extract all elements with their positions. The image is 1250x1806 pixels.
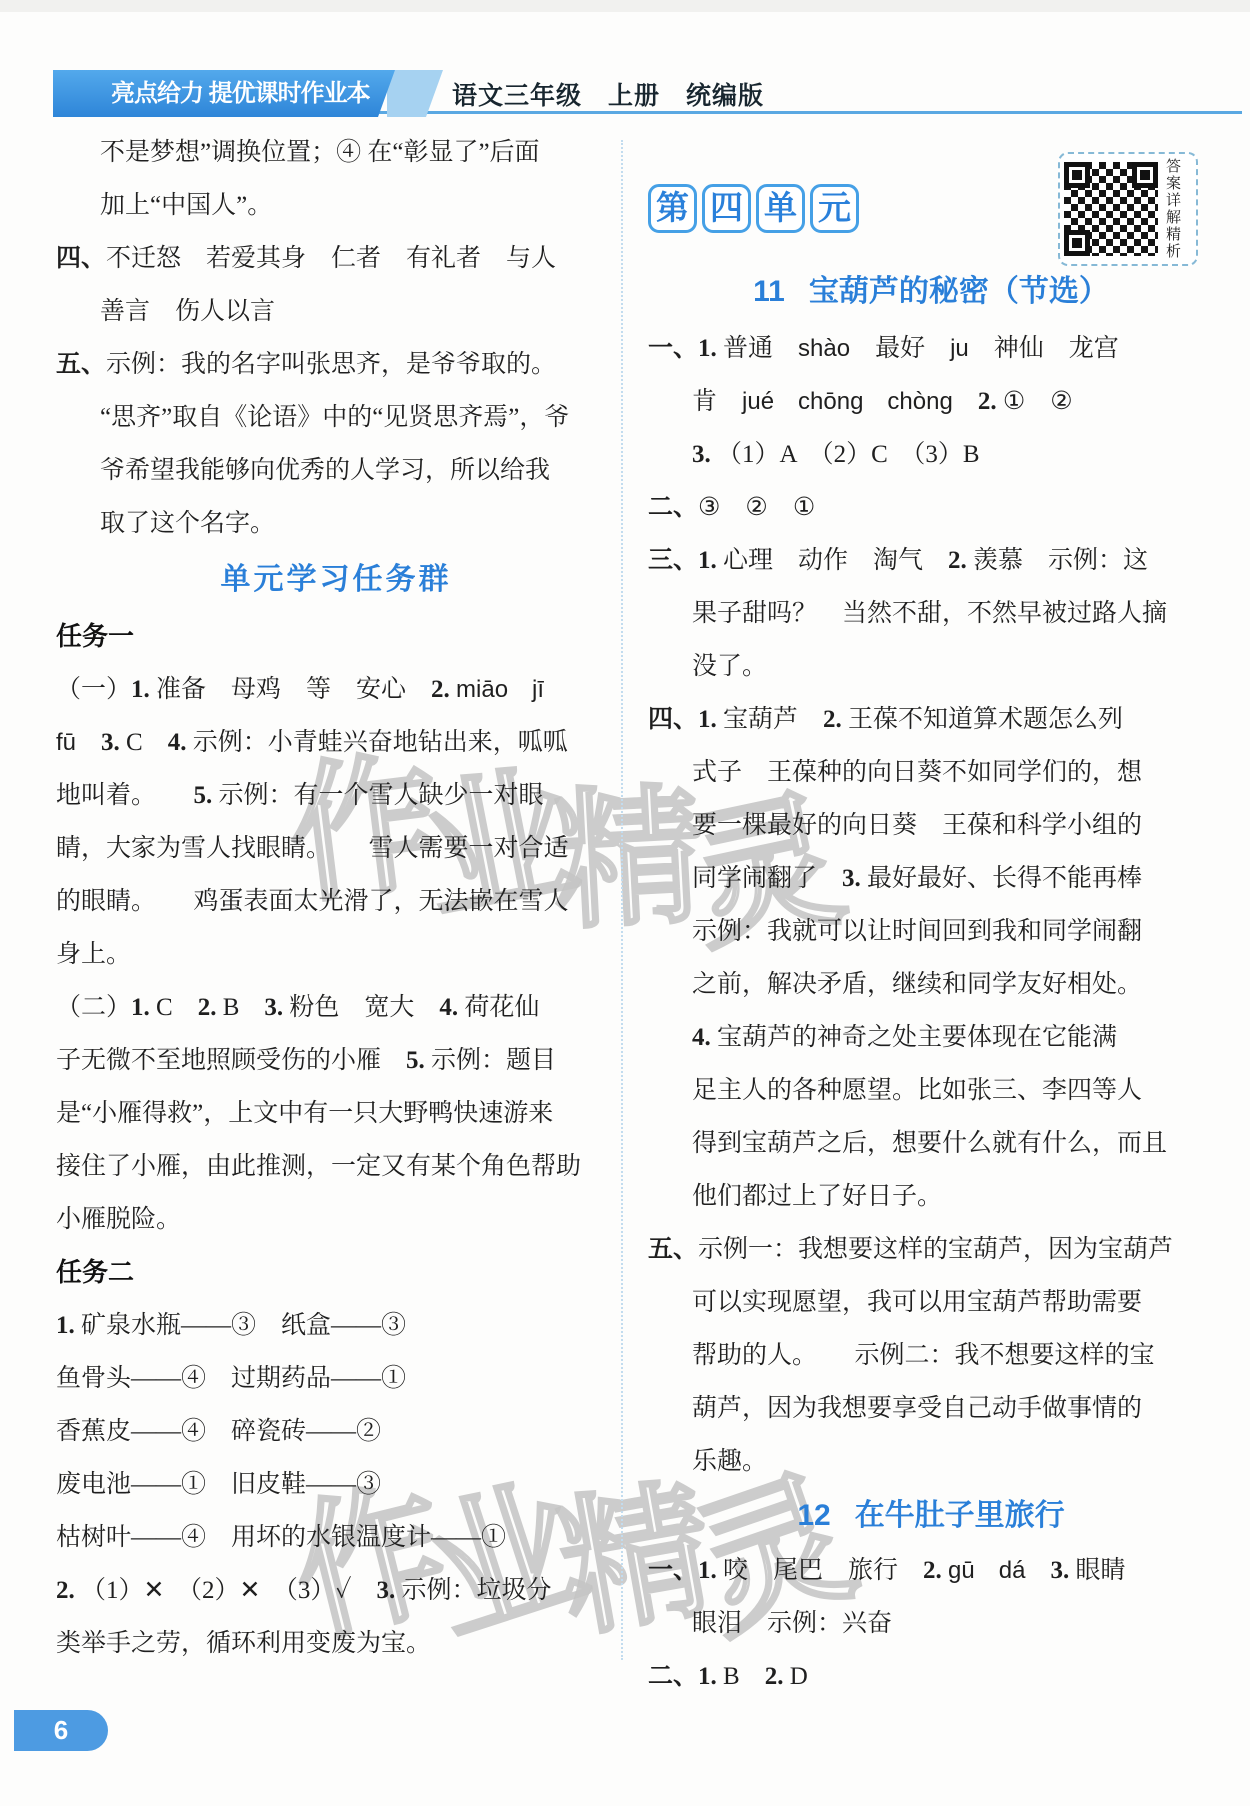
unit-header-char: 单	[756, 184, 805, 233]
text-seg	[76, 729, 101, 756]
text-seg: 要一棵最好的向日葵 王葆和科学小组的	[692, 812, 1142, 839]
text-line: 类举手之劳，循环利用变废为宝。	[56, 1617, 616, 1670]
qr-caption: 答案详解精析	[1165, 158, 1180, 260]
text-line: 3. （1）A （2）C （3）B	[648, 428, 1214, 481]
banner-title: 亮点给力 提优课时作业本	[53, 70, 395, 117]
text-line: 四、1. 宝葫芦 2. 王葆不知道算术题怎么列	[648, 693, 1214, 746]
text-seg: 地叫着。	[56, 782, 194, 809]
list-marker: 1.	[698, 706, 717, 733]
page-number-badge: 6	[14, 1710, 108, 1751]
section-heading: 单元学习任务群	[56, 550, 616, 610]
text-seg: 足主人的各种愿望。比如张三、李四等人	[692, 1077, 1142, 1104]
text-line: 身上。	[56, 928, 616, 981]
text-line: 二、1. B 2. D	[648, 1650, 1214, 1703]
text-seg: B	[717, 1663, 765, 1690]
unit-header-char: 元	[810, 184, 859, 233]
text-seg: 接住了小雁，由此推测，一定又有某个角色帮助	[56, 1153, 581, 1180]
text-seg: 最好最好、长得不能再棒	[861, 865, 1142, 892]
text-seg: 示例：有一个雪人缺少一对眼	[212, 782, 543, 809]
text-seg: 宝葫芦的神奇之处主要体现在它能满	[711, 1024, 1117, 1051]
text-seg: 最好	[850, 335, 950, 362]
text-seg: 示例：垃圾分	[395, 1577, 551, 1604]
text-line: 枯树叶——④ 用坏的水银温度计——①	[56, 1511, 616, 1564]
text-line: 肯 jué chōng chòng 2. ① ②	[648, 375, 1214, 428]
text-seg: 示例：小青蛙兴奋地钻出来，呱呱	[186, 729, 567, 756]
text-seg: 爷希望我能够向优秀的人学习，所以给我	[100, 457, 550, 484]
text-seg: 加上“中国人”。	[100, 192, 272, 219]
text-line: 地叫着。 5. 示例：有一个雪人缺少一对眼	[56, 769, 616, 822]
task-heading: 任务二	[56, 1246, 616, 1299]
list-marker: 2.	[765, 1663, 784, 1690]
text-line: 没了。	[648, 640, 1214, 693]
list-marker: 1.	[56, 1312, 75, 1339]
scan-edge-strip	[0, 0, 1250, 12]
text-seg: （一）	[56, 676, 131, 703]
list-marker: 2.	[198, 994, 217, 1021]
text-line: 要一棵最好的向日葵 王葆和科学小组的	[648, 799, 1214, 852]
text-line: 接住了小雁，由此推测，一定又有某个角色帮助	[56, 1140, 616, 1193]
text-seg: （1）A （2）C （3）B	[711, 441, 980, 468]
list-marker: 2.	[978, 388, 997, 415]
text-line: 取了这个名字。	[56, 497, 616, 550]
list-marker: 五、	[648, 1236, 698, 1263]
list-marker: 1.	[131, 994, 150, 1021]
text-seg: 类举手之劳，循环利用变废为宝。	[56, 1630, 431, 1657]
column-left: 不是梦想”调换位置；④ 在“彰显了”后面加上“中国人”。四、不迁怒 若爱其身 仁…	[56, 126, 616, 1670]
list-marker: 3.	[1050, 1557, 1069, 1584]
list-marker: 3.	[377, 1577, 396, 1604]
list-marker: 4.	[168, 729, 187, 756]
text-seg: 鱼骨头——④ 过期药品——①	[56, 1365, 406, 1392]
text-line: 4. 宝葫芦的神奇之处主要体现在它能满	[648, 1011, 1214, 1064]
list-marker: 3.	[101, 729, 120, 756]
workbook-answer-page: 亮点给力 提优课时作业本 语文三年级 上册 统编版 答案详解精析 作业精灵 作业…	[0, 0, 1250, 1806]
text-seg: 乐趣。	[692, 1448, 767, 1475]
text-line: 子无微不至地照顾受伤的小雁 5. 示例：题目	[56, 1034, 616, 1087]
text-seg: C	[120, 729, 168, 756]
text-seg: 粉色 宽大	[283, 994, 439, 1021]
text-line: 不是梦想”调换位置；④ 在“彰显了”后面	[56, 126, 616, 179]
list-marker: 3.	[692, 441, 711, 468]
list-marker: 3.	[842, 865, 861, 892]
text-line: 爷希望我能够向优秀的人学习，所以给我	[56, 444, 616, 497]
list-marker: 5.	[406, 1047, 425, 1074]
text-line: 四、不迁怒 若爱其身 仁者 有礼者 与人	[56, 232, 616, 285]
text-line: 示例：我就可以让时间回到我和同学闹翻	[648, 905, 1214, 958]
text-line: 三、1. 心理 动作 淘气 2. 羡慕 示例：这	[648, 534, 1214, 587]
text-line: （一）1. 准备 母鸡 等 安心 2. miāo jī	[56, 663, 616, 716]
text-line: 善言 伤人以言	[56, 285, 616, 338]
text-seg: 宝葫芦	[717, 706, 823, 733]
task-heading: 任务一	[56, 610, 616, 663]
text-seg: 王葆不知道算术题怎么列	[842, 706, 1123, 733]
text-seg: 心理 动作 淘气	[717, 547, 948, 574]
text-seg: 同学闹翻了	[692, 865, 842, 892]
lesson-name: 宝葫芦的秘密（节选）	[809, 275, 1109, 308]
text-seg: （1）✕ （2）✕ （3）✓	[75, 1577, 377, 1604]
pinyin-text: shào	[798, 335, 850, 362]
list-marker: 2.	[431, 676, 450, 703]
text-seg: 身上。	[56, 941, 131, 968]
list-marker: 3.	[264, 994, 283, 1021]
text-seg: 示例一：我想要这样的宝葫芦，因为宝葫芦	[698, 1236, 1173, 1263]
list-marker: 1.	[698, 1663, 717, 1690]
text-line: 可以实现愿望，我可以用宝葫芦帮助需要	[648, 1276, 1214, 1329]
text-seg: 羡慕 示例：这	[967, 547, 1148, 574]
list-marker: 2.	[948, 547, 967, 574]
qr-finder-icon	[1064, 230, 1090, 256]
text-line: 果子甜吗？ 当然不甜，不然早被过路人摘	[648, 587, 1214, 640]
text-line: 一、1. 普通 shào 最好 ju 神仙 龙宫	[648, 322, 1214, 375]
text-seg: 取了这个名字。	[100, 510, 275, 537]
text-seg: 之前，解决矛盾，继续和同学友好相处。	[692, 971, 1142, 998]
text-line: 得到宝葫芦之后，想要什么就有什么，而且	[648, 1117, 1214, 1170]
list-marker: 二、	[648, 494, 698, 521]
text-line: 鱼骨头——④ 过期药品——①	[56, 1352, 616, 1405]
text-seg: 帮助的人。 示例二：我不想要这样的宝	[692, 1342, 1155, 1369]
text-seg: 肯	[692, 388, 742, 415]
pinyin-text: miāo jī	[456, 676, 544, 703]
text-line: 睛，大家为雪人找眼睛。 雪人需要一对合适	[56, 822, 616, 875]
text-line: 香蕉皮——④ 碎瓷砖——②	[56, 1405, 616, 1458]
text-line: 是“小雁得救”，上文中有一只大野鸭快速游来	[56, 1087, 616, 1140]
list-marker: 五、	[56, 351, 106, 378]
list-marker: 三、	[648, 547, 698, 574]
qr-code	[1064, 162, 1158, 256]
list-marker: 一、	[648, 1557, 698, 1584]
list-marker: 4.	[439, 994, 458, 1021]
list-marker: 四、	[56, 245, 106, 272]
text-line: “思齐”取自《论语》中的“见贤思齐焉”，爷	[56, 391, 616, 444]
text-seg: 普通	[717, 335, 798, 362]
text-seg: 荷花仙	[458, 994, 539, 1021]
text-seg: 不迁怒 若爱其身 仁者 有礼者 与人	[106, 245, 556, 272]
text-line: 眼泪 示例：兴奋	[648, 1597, 1214, 1650]
text-seg: 眼泪 示例：兴奋	[692, 1610, 892, 1637]
text-seg	[1025, 1557, 1050, 1584]
lesson-title: 11宝葫芦的秘密（节选）	[648, 262, 1214, 322]
unit-header-char: 四	[702, 184, 751, 233]
text-seg: 枯树叶——④ 用坏的水银温度计——①	[56, 1524, 506, 1551]
list-marker: 四、	[648, 706, 698, 733]
pinyin-text: fū	[56, 729, 76, 756]
text-seg: 是“小雁得救”，上文中有一只大野鸭快速游来	[56, 1100, 553, 1127]
unit-header-char: 第	[648, 184, 697, 233]
text-seg: 眼睛	[1069, 1557, 1125, 1584]
text-seg: 葫芦，因为我想要享受自己动手做事情的	[692, 1395, 1142, 1422]
list-marker: 一、	[648, 335, 698, 362]
text-line: 葫芦，因为我想要享受自己动手做事情的	[648, 1382, 1214, 1435]
text-line: 1. 矿泉水瓶——③ 纸盒——③	[56, 1299, 616, 1352]
text-line: 小雁脱险。	[56, 1193, 616, 1246]
list-marker: 1.	[131, 676, 150, 703]
text-line: 加上“中国人”。	[56, 179, 616, 232]
text-seg: 准备 母鸡 等 安心	[150, 676, 431, 703]
lesson-number: 11	[753, 275, 785, 308]
text-seg: 示例：题目	[425, 1047, 556, 1074]
text-seg: 子无微不至地照顾受伤的小雁	[56, 1047, 406, 1074]
text-seg: “思齐”取自《论语》中的“见贤思齐焉”，爷	[100, 404, 569, 431]
lesson-title: 12在牛肚子里旅行	[648, 1488, 1214, 1544]
column-right: 第四单元11宝葫芦的秘密（节选）一、1. 普通 shào 最好 ju 神仙 龙宫…	[648, 150, 1214, 1703]
text-line: 五、示例：我的名字叫张思齐，是爷爷取的。	[56, 338, 616, 391]
text-seg: B	[216, 994, 264, 1021]
edition-info: 语文三年级 上册 统编版	[452, 76, 764, 112]
text-seg: C	[150, 994, 198, 1021]
text-seg: 果子甜吗？ 当然不甜，不然早被过路人摘	[692, 600, 1167, 627]
qr-panel: 答案详解精析	[1058, 152, 1198, 266]
text-line: 五、示例一：我想要这样的宝葫芦，因为宝葫芦	[648, 1223, 1214, 1276]
text-seg: （二）	[56, 994, 131, 1021]
text-line: 足主人的各种愿望。比如张三、李四等人	[648, 1064, 1214, 1117]
list-marker: 二、	[648, 1663, 698, 1690]
text-seg: D	[783, 1663, 807, 1690]
text-seg: 小雁脱险。	[56, 1206, 181, 1233]
text-line: 式子 王葆种的向日葵不如同学们的，想	[648, 746, 1214, 799]
list-marker: 1.	[698, 335, 717, 362]
list-marker: 1.	[698, 1557, 717, 1584]
text-seg: 示例：我就可以让时间回到我和同学闹翻	[692, 918, 1142, 945]
text-seg: 矿泉水瓶——③ 纸盒——③	[75, 1312, 406, 1339]
text-seg: 咬 尾巴 旅行	[717, 1557, 923, 1584]
text-seg: 的眼睛。 鸡蛋表面太光滑了，无法嵌在雪人	[56, 888, 569, 915]
text-seg: 香蕉皮——④ 碎瓷砖——②	[56, 1418, 381, 1445]
text-seg: 睛，大家为雪人找眼睛。 雪人需要一对合适	[56, 835, 569, 862]
list-marker: 4.	[692, 1024, 711, 1051]
text-seg: 神仙 龙宫	[969, 335, 1119, 362]
text-seg: ① ②	[997, 388, 1073, 415]
text-line: 同学闹翻了 3. 最好最好、长得不能再棒	[648, 852, 1214, 905]
text-seg: 没了。	[692, 653, 767, 680]
text-seg: 得到宝葫芦之后，想要什么就有什么，而且	[692, 1130, 1167, 1157]
text-line: 乐趣。	[648, 1435, 1214, 1488]
text-seg: 不是梦想”调换位置；④ 在“彰显了”后面	[100, 139, 540, 166]
lesson-number: 12	[797, 1499, 830, 1532]
text-line: 一、1. 咬 尾巴 旅行 2. gū dá 3. 眼睛	[648, 1544, 1214, 1597]
pinyin-text: ju	[950, 335, 969, 362]
banner-accent	[387, 70, 443, 117]
text-line: 的眼睛。 鸡蛋表面太光滑了，无法嵌在雪人	[56, 875, 616, 928]
text-line: 二、③ ② ①	[648, 481, 1214, 534]
column-divider	[621, 140, 623, 1660]
text-seg: 善言 伤人以言	[100, 298, 275, 325]
list-marker: 1.	[698, 547, 717, 574]
text-line: （二）1. C 2. B 3. 粉色 宽大 4. 荷花仙	[56, 981, 616, 1034]
text-seg: 他们都过上了好日子。	[692, 1183, 942, 1210]
text-seg: 废电池——① 旧皮鞋——③	[56, 1471, 381, 1498]
text-line: 之前，解决矛盾，继续和同学友好相处。	[648, 958, 1214, 1011]
lesson-name: 在牛肚子里旅行	[855, 1499, 1065, 1532]
text-seg	[953, 388, 978, 415]
list-marker: 5.	[194, 782, 213, 809]
text-line: fū 3. C 4. 示例：小青蛙兴奋地钻出来，呱呱	[56, 716, 616, 769]
list-marker: 2.	[56, 1577, 75, 1604]
text-line: 帮助的人。 示例二：我不想要这样的宝	[648, 1329, 1214, 1382]
list-marker: 2.	[823, 706, 842, 733]
text-seg: 示例：我的名字叫张思齐，是爷爷取的。	[106, 351, 556, 378]
text-seg: 式子 王葆种的向日葵不如同学们的，想	[692, 759, 1142, 786]
qr-finder-icon	[1132, 162, 1158, 188]
qr-finder-icon	[1064, 162, 1090, 188]
pinyin-text: jué chōng chòng	[742, 388, 953, 415]
text-line: 废电池——① 旧皮鞋——③	[56, 1458, 616, 1511]
text-line: 2. （1）✕ （2）✕ （3）✓ 3. 示例：垃圾分	[56, 1564, 616, 1617]
pinyin-text: gū dá	[948, 1557, 1025, 1584]
list-marker: 2.	[923, 1557, 942, 1584]
text-line: 他们都过上了好日子。	[648, 1170, 1214, 1223]
text-seg: ③ ② ①	[698, 494, 815, 521]
text-seg: 可以实现愿望，我可以用宝葫芦帮助需要	[692, 1289, 1142, 1316]
